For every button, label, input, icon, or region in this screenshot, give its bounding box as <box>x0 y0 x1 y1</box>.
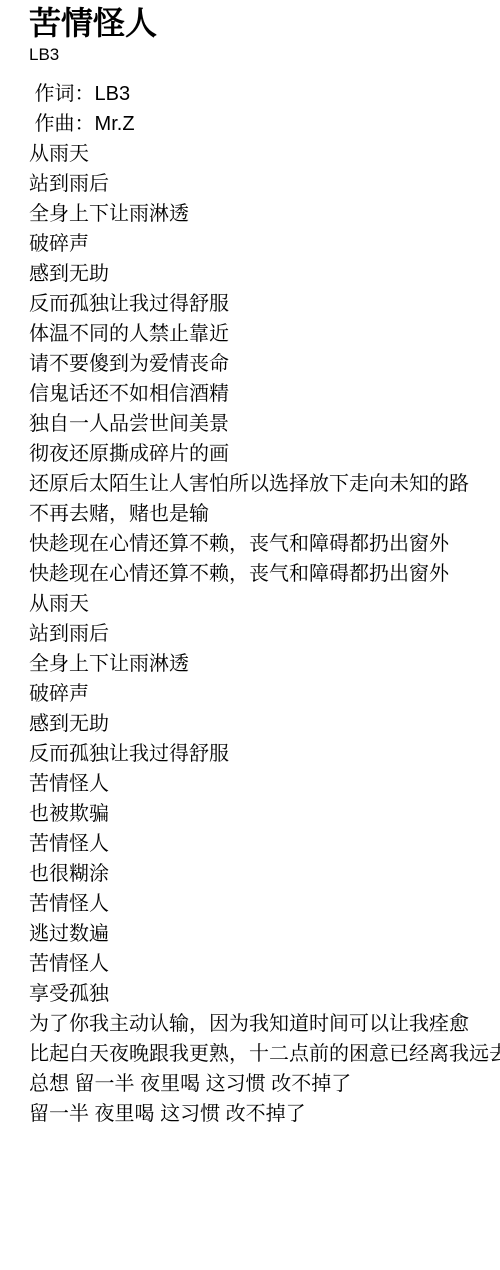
lyric-line: 也很糊涂 <box>29 859 500 889</box>
lyric-line: 苦情怪人 <box>29 949 500 979</box>
lyric-line: 苦情怪人 <box>29 829 500 859</box>
lyric-line: 破碎声 <box>29 229 500 259</box>
lyric-line: 享受孤独 <box>29 979 500 1009</box>
lyric-line: 也被欺骗 <box>29 799 500 829</box>
lyric-line: 体温不同的人禁止靠近 <box>29 319 500 349</box>
lyric-line: 留一半 夜里喝 这习惯 改不掉了 <box>29 1099 500 1129</box>
lyric-line: 还原后太陌生让人害怕所以选择放下走向未知的路 <box>29 469 500 499</box>
lyric-line: 站到雨后 <box>29 619 500 649</box>
lyric-line: 彻夜还原撕成碎片的画 <box>29 439 500 469</box>
lyrics-page: 苦情怪人 LB3 作词：LB3 作曲：Mr.Z 从雨天站到雨后全身上下让雨淋透破… <box>0 0 500 1129</box>
lyric-line: 苦情怪人 <box>29 889 500 919</box>
lyric-line: 不再去赌，赌也是输 <box>29 499 500 529</box>
lyric-line: 请不要傻到为爱情丧命 <box>29 349 500 379</box>
lyric-line: 全身上下让雨淋透 <box>29 199 500 229</box>
lyric-line: 逃过数遍 <box>29 919 500 949</box>
lyric-line: 总想 留一半 夜里喝 这习惯 改不掉了 <box>29 1069 500 1099</box>
lyric-line: 为了你我主动认输，因为我知道时间可以让我痊愈 <box>29 1009 500 1039</box>
lyric-line: 站到雨后 <box>29 169 500 199</box>
lyric-line: 反而孤独让我过得舒服 <box>29 739 500 769</box>
composer-credit: 作曲：Mr.Z <box>29 109 500 139</box>
lyric-line: 快趁现在心情还算不赖，丧气和障碍都扔出窗外 <box>29 559 500 589</box>
lyrics-block: 作词：LB3 作曲：Mr.Z 从雨天站到雨后全身上下让雨淋透破碎声感到无助反而孤… <box>29 79 500 1129</box>
lyric-line: 信鬼话还不如相信酒精 <box>29 379 500 409</box>
lyric-line: 破碎声 <box>29 679 500 709</box>
lyric-line: 感到无助 <box>29 259 500 289</box>
lyric-line: 快趁现在心情还算不赖，丧气和障碍都扔出窗外 <box>29 529 500 559</box>
lyric-line: 从雨天 <box>29 139 500 169</box>
lyric-line: 感到无助 <box>29 709 500 739</box>
lyricist-credit: 作词：LB3 <box>29 79 500 109</box>
artist-name: LB3 <box>29 44 500 66</box>
lyric-line: 独自一人品尝世间美景 <box>29 409 500 439</box>
page-title: 苦情怪人 <box>29 3 500 43</box>
lyric-line: 全身上下让雨淋透 <box>29 649 500 679</box>
lyric-line: 苦情怪人 <box>29 769 500 799</box>
lyric-line: 反而孤独让我过得舒服 <box>29 289 500 319</box>
lyric-line: 比起白天夜晚跟我更熟，十二点前的困意已经离我远去 <box>29 1039 500 1069</box>
lyric-line: 从雨天 <box>29 589 500 619</box>
